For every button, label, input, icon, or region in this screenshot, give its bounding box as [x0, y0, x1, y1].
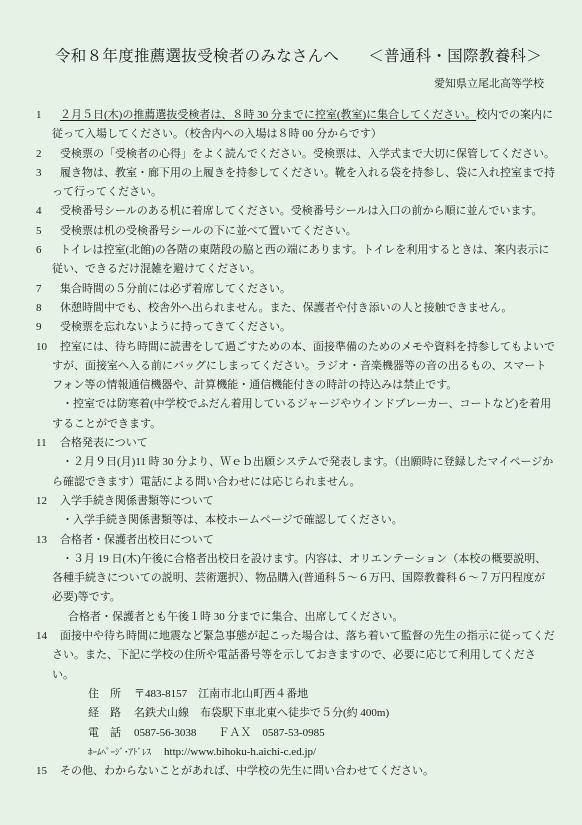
item-number: 2 — [36, 145, 42, 164]
item-text: 合格発表について — [60, 437, 148, 449]
item-text: 休憩時間中でも、校舎外へ出られません。また、保護者や付き添いの人と接触できません… — [60, 302, 512, 314]
item-text: 控室には、待ち時間に読書をして過ごすための本、面接準備のためのメモや資料を持参し… — [52, 341, 555, 392]
contact-line: 経 路名鉄犬山線 布袋駅下車北東へ徒歩で５分(約 400m) — [0, 704, 582, 723]
page-title: 令和８年度推薦選抜受検者のみなさんへ — [55, 44, 339, 66]
page-title-departments: ＜普通科・国際教養科＞ — [368, 44, 542, 66]
contact-value: http://www.bihoku-h.aichi-c.ed.jp/ — [164, 746, 316, 758]
item-text: トイレは控室(北館)の各階の東階段の脇と西の端にあります。トイレを利用するときは… — [52, 244, 549, 275]
item-text: 入学手続き関係書類等について — [60, 495, 214, 507]
item-number: 14 — [36, 627, 47, 646]
item-number: 8 — [36, 299, 42, 318]
contact-value: 0587-56-3038 ＦＡＸ 0587-53-0985 — [134, 727, 325, 739]
list-item: 11合格発表について — [0, 434, 582, 453]
item-text: 受検票を忘れないように持ってきてください。 — [60, 321, 291, 333]
list-item: 9受検票を忘れないように持ってきてください。 — [0, 318, 582, 337]
list-item: 12入学手続き関係書類等について — [0, 492, 582, 511]
list-item: 6トイレは控室(北館)の各階の東階段の脇と西の端にあります。トイレを利用するとき… — [0, 241, 582, 280]
item-number: 12 — [36, 492, 47, 511]
item-subline: ・３月 19 日(木)午後に合格者出校日を設けます。内容は、オリエンテーション（… — [0, 550, 582, 608]
school-name: 愛知県立尾北高等学校 — [0, 75, 544, 91]
item-number: 4 — [36, 202, 42, 221]
contact-value: 名鉄犬山線 布袋駅下車北東へ徒歩で５分(約 400m) — [134, 707, 389, 719]
item-text: 受検番号シールのある机に着席してください。受検番号シールは入口の前から順に並んで… — [60, 205, 543, 217]
list-item: 15その他、わからないことがあれば、中学校の先生に問い合わせてください。 — [0, 762, 582, 781]
list-item: 7集合時間の５分前には必ず着席してください。 — [0, 280, 582, 299]
item-number: 9 — [36, 318, 42, 337]
item-text: 受検票の「受検者の心得」をよく読んでください。受検票は、入学式まで大切に保管して… — [60, 148, 555, 160]
item-subline: 合格者・保護者とも午後１時 30 分までに集合、出席してください。 — [0, 608, 582, 627]
item-subline: ・２月９日(月)11 時 30 分より、Ｗｅｂ出願システムで発表します。（出願時… — [0, 453, 582, 492]
item-number: 5 — [36, 222, 42, 241]
list-item: 8休憩時間中でも、校舎外へ出られません。また、保護者や付き添いの人と接触できませ… — [0, 299, 582, 318]
item-text-underlined: ２月５日(木)の推薦選抜受検者は、８時 30 分までに控室(教室)に集合してくだ… — [60, 109, 476, 121]
item-number: 15 — [36, 762, 47, 781]
item-number: 10 — [36, 338, 47, 357]
list-item: 14面接中や待ち時間に地震など緊急事態が起こった場合は、落ち着いて監督の先生の指… — [0, 627, 582, 685]
list-item: 13合格者・保護者出校日について — [0, 531, 582, 550]
item-number: 13 — [36, 531, 47, 550]
list-item: 1２月５日(木)の推薦選抜受検者は、８時 30 分までに控室(教室)に集合してく… — [0, 106, 582, 145]
item-text: 面接中や待ち時間に地震など緊急事態が起こった場合は、落ち着いて監督の先生の指示に… — [52, 630, 555, 681]
list-item: 2受検票の「受検者の心得」をよく読んでください。受検票は、入学式まで大切に保管し… — [0, 145, 582, 164]
list-item: 4受検番号シールのある机に着席してください。受検番号シールは入口の前から順に並ん… — [0, 202, 582, 221]
item-number: 6 — [36, 241, 42, 260]
item-text: 履き物は、教室・廊下用の上履きを持参してください。靴を入れる袋を持参し、袋に入れ… — [52, 167, 555, 198]
contact-label: 住 所 — [88, 688, 121, 700]
item-number: 11 — [36, 434, 47, 453]
contact-label: 電 話 — [88, 727, 121, 739]
notice-list: 1２月５日(木)の推薦選抜受検者は、８時 30 分までに控室(教室)に集合してく… — [0, 106, 582, 781]
contact-label: ﾎｰﾑﾍﾟｰｼﾞ･ｱﾄﾞﾚｽ — [88, 747, 151, 757]
item-subline: ・控室では防寒着(中学校でふだん着用しているジャージやウインドブレーカー、コート… — [0, 395, 582, 434]
item-number: 3 — [36, 164, 42, 183]
list-item: 5受検票は机の受検番号シールの下に並べて置いてください。 — [0, 222, 582, 241]
document-header: 令和８年度推薦選抜受検者のみなさんへ ＜普通科・国際教養科＞ — [55, 44, 542, 66]
contact-line: 電 話0587-56-3038 ＦＡＸ 0587-53-0985 — [0, 724, 582, 743]
contact-line: ﾎｰﾑﾍﾟｰｼﾞ･ｱﾄﾞﾚｽhttp://www.bihoku-h.aichi-… — [0, 743, 582, 762]
contact-label: 経 路 — [88, 707, 121, 719]
item-subline: ・入学手続き関係書類等は、本校ホームページで確認してください。 — [0, 511, 582, 530]
contact-line: 住 所〒483-8157 江南市北山町西４番地 — [0, 685, 582, 704]
contact-value: 〒483-8157 江南市北山町西４番地 — [134, 688, 308, 700]
item-text: 合格者・保護者出校日について — [60, 534, 214, 546]
list-item: 10控室には、待ち時間に読書をして過ごすための本、面接準備のためのメモや資料を持… — [0, 338, 582, 396]
item-text: 受検票は机の受検番号シールの下に並べて置いてください。 — [60, 225, 357, 237]
list-item: 3履き物は、教室・廊下用の上履きを持参してください。靴を入れる袋を持参し、袋に入… — [0, 164, 582, 203]
item-text: その他、わからないことがあれば、中学校の先生に問い合わせてください。 — [60, 765, 434, 777]
item-text: 集合時間の５分前には必ず着席してください。 — [60, 283, 291, 295]
document-page: 令和８年度推薦選抜受検者のみなさんへ ＜普通科・国際教養科＞ 愛知県立尾北高等学… — [0, 0, 582, 825]
item-number: 7 — [36, 280, 42, 299]
item-number: 1 — [36, 106, 42, 125]
